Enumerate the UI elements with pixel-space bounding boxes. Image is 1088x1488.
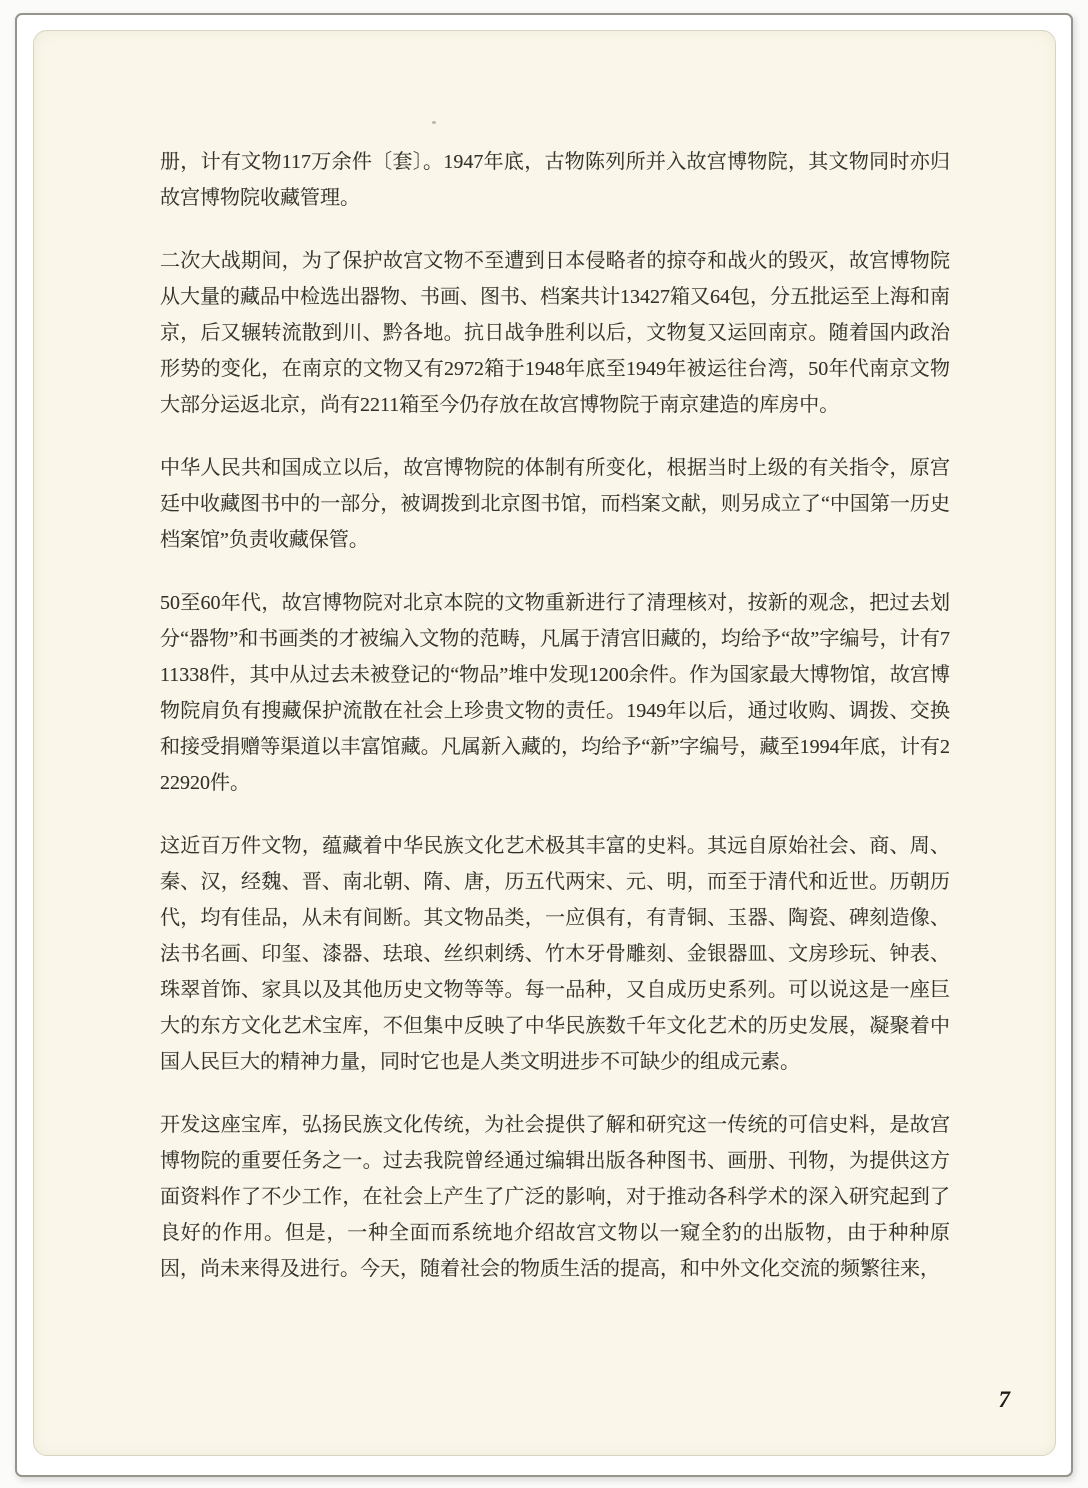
page-number: 7 (999, 1387, 1011, 1413)
scanned-sheet: 册，计有文物117万余件〔套〕。1947年底，古物陈列所并入故宫博物院，其文物同… (15, 13, 1073, 1477)
paragraph: 开发这座宝库，弘扬民族文化传统，为社会提供了解和研究这一传统的可信史料，是故宫博… (160, 1107, 950, 1287)
paragraph: 50至60年代，故宫博物院对北京本院的文物重新进行了清理核对，按新的观念，把过去… (160, 585, 950, 801)
paragraph: 这近百万件文物，蕴藏着中华民族文化艺术极其丰富的史料。其远自原始社会、商、周、秦… (160, 828, 950, 1080)
paragraph: 二次大战期间，为了保护故宫文物不至遭到日本侵略者的掠夺和战火的毁灭，故宫博物院从… (160, 243, 950, 423)
book-page: 册，计有文物117万余件〔套〕。1947年底，古物陈列所并入故宫博物院，其文物同… (33, 30, 1056, 1456)
page-text-block: 册，计有文物117万余件〔套〕。1947年底，古物陈列所并入故宫博物院，其文物同… (160, 144, 950, 1314)
paragraph: 中华人民共和国成立以后，故宫博物院的体制有所变化，根据当时上级的有关指令，原宫廷… (160, 450, 950, 558)
scan-artifact-dot (432, 121, 436, 124)
paragraph: 册，计有文物117万余件〔套〕。1947年底，古物陈列所并入故宫博物院，其文物同… (160, 144, 950, 216)
